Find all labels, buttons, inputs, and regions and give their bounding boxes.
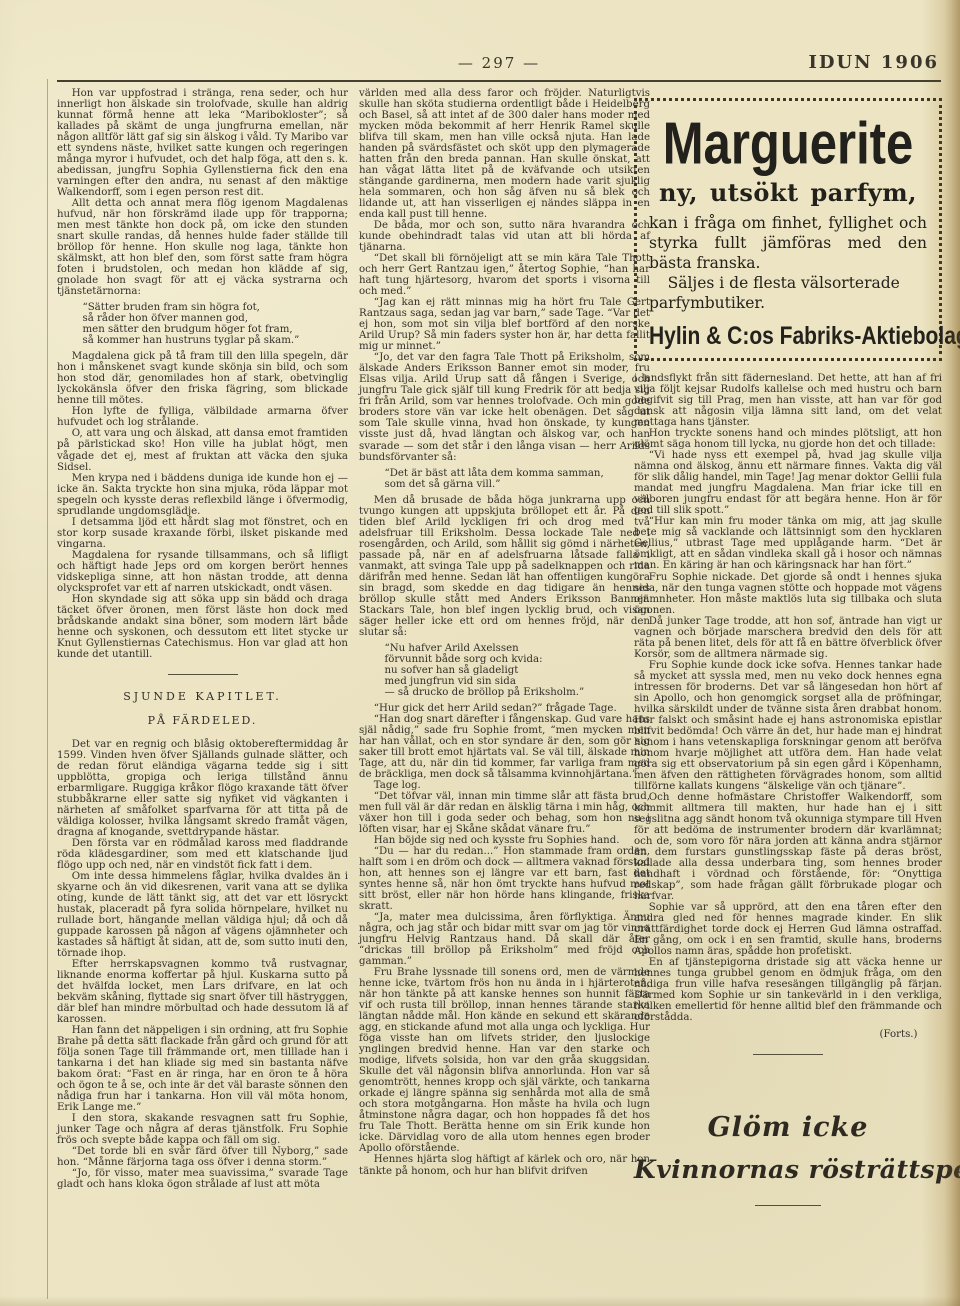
page-edge-shadow	[944, 0, 960, 1306]
header-rule	[57, 80, 941, 82]
divider-rule	[168, 674, 238, 675]
verse-line: så kommer han hustruns tyglar på skam.”	[83, 335, 349, 346]
suffrage-notice: Glöm icke Kvinnornas rösträttspetition!	[634, 1113, 942, 1206]
page-bottom-shadow	[0, 1296, 960, 1306]
suffrage-line1: Glöm icke	[634, 1113, 942, 1142]
suffrage-line2: Kvinnornas rösträttspetition!	[634, 1156, 942, 1183]
paragraph: O, att vara ung och älskad, att dansa em…	[57, 428, 348, 472]
paragraph: Det var en regnig och blåsig oktoberefte…	[57, 739, 348, 838]
paragraph: Fru Sophie nickade. Det gjorde så ondt i…	[634, 572, 942, 616]
verse: “Sätter bruden fram sin högra fot,så råd…	[83, 302, 349, 346]
ad-brand-name: Marguerite	[652, 113, 924, 175]
paragraph: Fru Brahe lyssnade till sonens ord, men …	[359, 967, 650, 1154]
paragraph: “Vi hade nyss ett exempel på, hvad jag s…	[634, 450, 942, 516]
paragraph: “Du — har du redan...” Hon stammade fram…	[359, 846, 650, 912]
paragraph: Hon var uppfostrad i stränga, rena seder…	[57, 88, 348, 198]
ad-company-name: Hylin & C:os Fabriks-Aktiebolag.	[649, 323, 927, 350]
to-be-continued: (Forts.)	[634, 1029, 942, 1040]
paragraph: I den stora, skakande resvagnen satt fru…	[57, 1113, 348, 1146]
paragraph: Han böjde sig ned och kysste fru Sophies…	[359, 835, 650, 846]
paragraph: “Jo, det var den fagra Tale Thott på Eri…	[359, 352, 650, 462]
paragraph: Den första var en rödmålad kaross med fl…	[57, 838, 348, 871]
paragraph: Tage log.	[359, 780, 650, 791]
section-heading: PÅ FÄRDELED.	[57, 715, 348, 727]
verse: “Nu hafver Arild Axelssenförvunnit både …	[385, 643, 651, 698]
masthead-title: IDUN 1906	[808, 52, 939, 73]
paragraph: Sophie var så upprörd, att den ena tåren…	[634, 902, 942, 957]
paragraph: De båda, mor och son, sutto nära hvarand…	[359, 220, 650, 253]
paragraph: Men krypa ned i bäddens duniga ide kunde…	[57, 473, 348, 517]
paragraph: Allt detta och annat mera flög igenom Ma…	[57, 198, 348, 297]
column-3: Marguerite ny, utsökt parfym, kan i fråg…	[634, 88, 942, 1206]
paragraph: världen med alla dess faror och fröjder.…	[359, 88, 650, 220]
verse-line: — så drucko de bröllop på Eriksholm.”	[385, 687, 651, 698]
verse-line: med jungfrun vid sin sida	[385, 676, 651, 687]
paragraph: i landsflykt från sitt fädernesland. Det…	[634, 373, 942, 428]
verse-line: förvunnit både sorg och kvida:	[385, 654, 651, 665]
ad-subtitle: ny, utsökt parfym,	[649, 180, 927, 206]
paragraph: Då junker Tage trodde, att hon sof, äntr…	[634, 616, 942, 660]
paragraph: Hon skyndade sig att söka upp sin bädd o…	[57, 594, 348, 660]
paragraph: “Det skall bli förnöjeligt att se min kä…	[359, 253, 650, 297]
column-2: världen med alla dess faror och fröjder.…	[359, 88, 650, 1177]
divider-rule	[755, 1205, 821, 1206]
paragraph: Hon tryckte sonens hand och mindes plöts…	[634, 428, 942, 450]
verse-line: “Det är bäst att låta dem komma samman,	[385, 468, 651, 479]
paragraph: Hon lyfte de fylliga, välbildade armarna…	[57, 406, 348, 428]
column-1-text: Hon var uppfostrad i stränga, rena seder…	[57, 88, 348, 1190]
paragraph: Men då brusade de båda höga junkrarna up…	[359, 495, 650, 638]
ad-claim-text: kan i fråga om finhet, fyllighet och sty…	[649, 214, 927, 273]
paragraph: “Jo, för visso, mater mea suavissima,” s…	[57, 1168, 348, 1190]
paragraph: Magdalena gick på tå fram till den lilla…	[57, 351, 348, 406]
paragraph: Magdalena for rysande tillsammans, och s…	[57, 550, 348, 594]
column-3-text: i landsflykt från sitt fädernesland. Det…	[634, 373, 942, 1055]
column-1: Hon var uppfostrad i stränga, rena seder…	[57, 88, 348, 1190]
verse: “Det är bäst att låta dem komma samman,s…	[385, 468, 651, 490]
paragraph: Han fann det näppeligen i sin ordning, a…	[57, 1025, 348, 1113]
paragraph: “Hur gick det herr Arild sedan?” frågade…	[359, 703, 650, 714]
paragraph: Fru Sophie kunde dock icke sofva. Hennes…	[634, 660, 942, 792]
paragraph: “Hur kan min fru moder tänka om mig, att…	[634, 516, 942, 571]
column-2-text: världen med alla dess faror och fröjder.…	[359, 88, 650, 1177]
verse-line: “Nu hafver Arild Axelssen	[385, 643, 651, 654]
paragraph: “Han dog snart därefter i fångenskap. Gu…	[359, 714, 650, 780]
divider-rule	[753, 1054, 823, 1055]
paragraph: “Ja, mater mea dulcissima, åren förflykt…	[359, 912, 650, 967]
paragraph: Och denne hofmästare Christoffer Walkend…	[634, 792, 942, 902]
paragraph: Hennes hjärta slog häftigt af kärlek och…	[359, 1154, 650, 1176]
chapter-heading: SJUNDE KAPITLET.	[57, 691, 348, 703]
paragraph: “Det töfvar väl, innan min timme slår at…	[359, 791, 650, 835]
paragraph: “Jag kan ej rätt minnas mig ha hört fru …	[359, 297, 650, 352]
perfume-ad: Marguerite ny, utsökt parfym, kan i fråg…	[634, 98, 942, 361]
verse-line: nu sofver han så gladeligt	[385, 665, 651, 676]
paragraph: I detsamma ljöd ett hårdt slag mot fönst…	[57, 517, 348, 550]
paragraph: En af tjänstepigorna dristade sig att vä…	[634, 957, 942, 1023]
verse-line: så råder hon öfver mannen god,	[83, 313, 349, 324]
paragraph: Efter herrskapsvagnen kommo två rustvagn…	[57, 959, 348, 1025]
paragraph: “Det torde bli en svår färd öfver till N…	[57, 1146, 348, 1168]
paragraph: Om inte dessa himmelens fåglar, hvilka d…	[57, 871, 348, 959]
verse-line: som det så gärna vill.”	[385, 479, 651, 490]
verse-line: men sätter den brudgum höger fot fram,	[83, 324, 349, 335]
ad-availability-text: Säljes i de flesta välsorterade parfymbu…	[649, 274, 927, 314]
left-margin-rule	[47, 79, 48, 1299]
page-header: — 297 — IDUN 1906	[57, 54, 941, 76]
verse-line: “Sätter bruden fram sin högra fot,	[83, 302, 349, 313]
